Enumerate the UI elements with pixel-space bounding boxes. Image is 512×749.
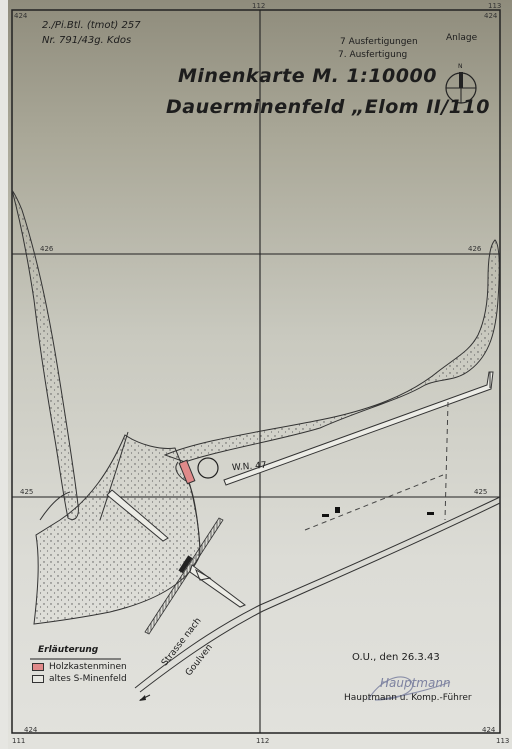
grid-label-bottom-left-easting: 111: [12, 737, 25, 745]
grid-label-top-right: 113: [488, 2, 501, 10]
legend-item-holzkastenminen: Holzkastenminen: [32, 662, 127, 672]
copies-line-2: 7. Ausfertigung: [338, 50, 407, 60]
copies-line-1: 7 Ausfertigungen: [340, 37, 418, 47]
grid-label-top-left: 424: [14, 12, 27, 20]
grid-label-bottom-center: 112: [256, 737, 269, 745]
grid-label-425-right: 425: [474, 488, 487, 496]
mine-box-swatch: [32, 663, 44, 671]
unit-line-2: Nr. 791/43g. Kdos: [42, 35, 131, 46]
minefield-name: Dauerminenfeld „Elom II/110: [166, 96, 490, 118]
rank-line: Hauptmann u. Komp.-Führer: [344, 693, 472, 703]
grid-label-426-left: 426: [40, 245, 53, 253]
grid-label-bottom-right-easting: 113: [496, 737, 509, 745]
legend-item-s-minefield: altes S-Minenfeld: [32, 674, 127, 684]
grid-label-top-right-sub: 424: [484, 12, 497, 20]
grid-label-bottom-left-northing: 424: [24, 726, 37, 734]
grid-label-426-right: 426: [468, 245, 481, 253]
place-date: O.U., den 26.3.43: [352, 652, 440, 663]
grid-label-425-left: 425: [20, 488, 33, 496]
legend-title: Erläuterung: [38, 645, 98, 655]
coastal-strip: [12, 190, 78, 519]
annex-label: Anlage: [446, 33, 477, 43]
dune-band: [165, 240, 499, 462]
s-minefield-swatch: [32, 675, 44, 683]
unit-line-1: 2./Pi.Btl. (tmot) 257: [42, 20, 141, 31]
map-frame: [12, 10, 500, 733]
signature: Hauptmann: [380, 676, 451, 690]
bunker-circle: [198, 458, 218, 478]
north-label: N: [458, 63, 463, 70]
map-title: Minenkarte M. 1:10000: [178, 65, 437, 87]
grid-label-top-center: 112: [252, 2, 265, 10]
grid-label-bottom-right-northing: 424: [482, 726, 495, 734]
